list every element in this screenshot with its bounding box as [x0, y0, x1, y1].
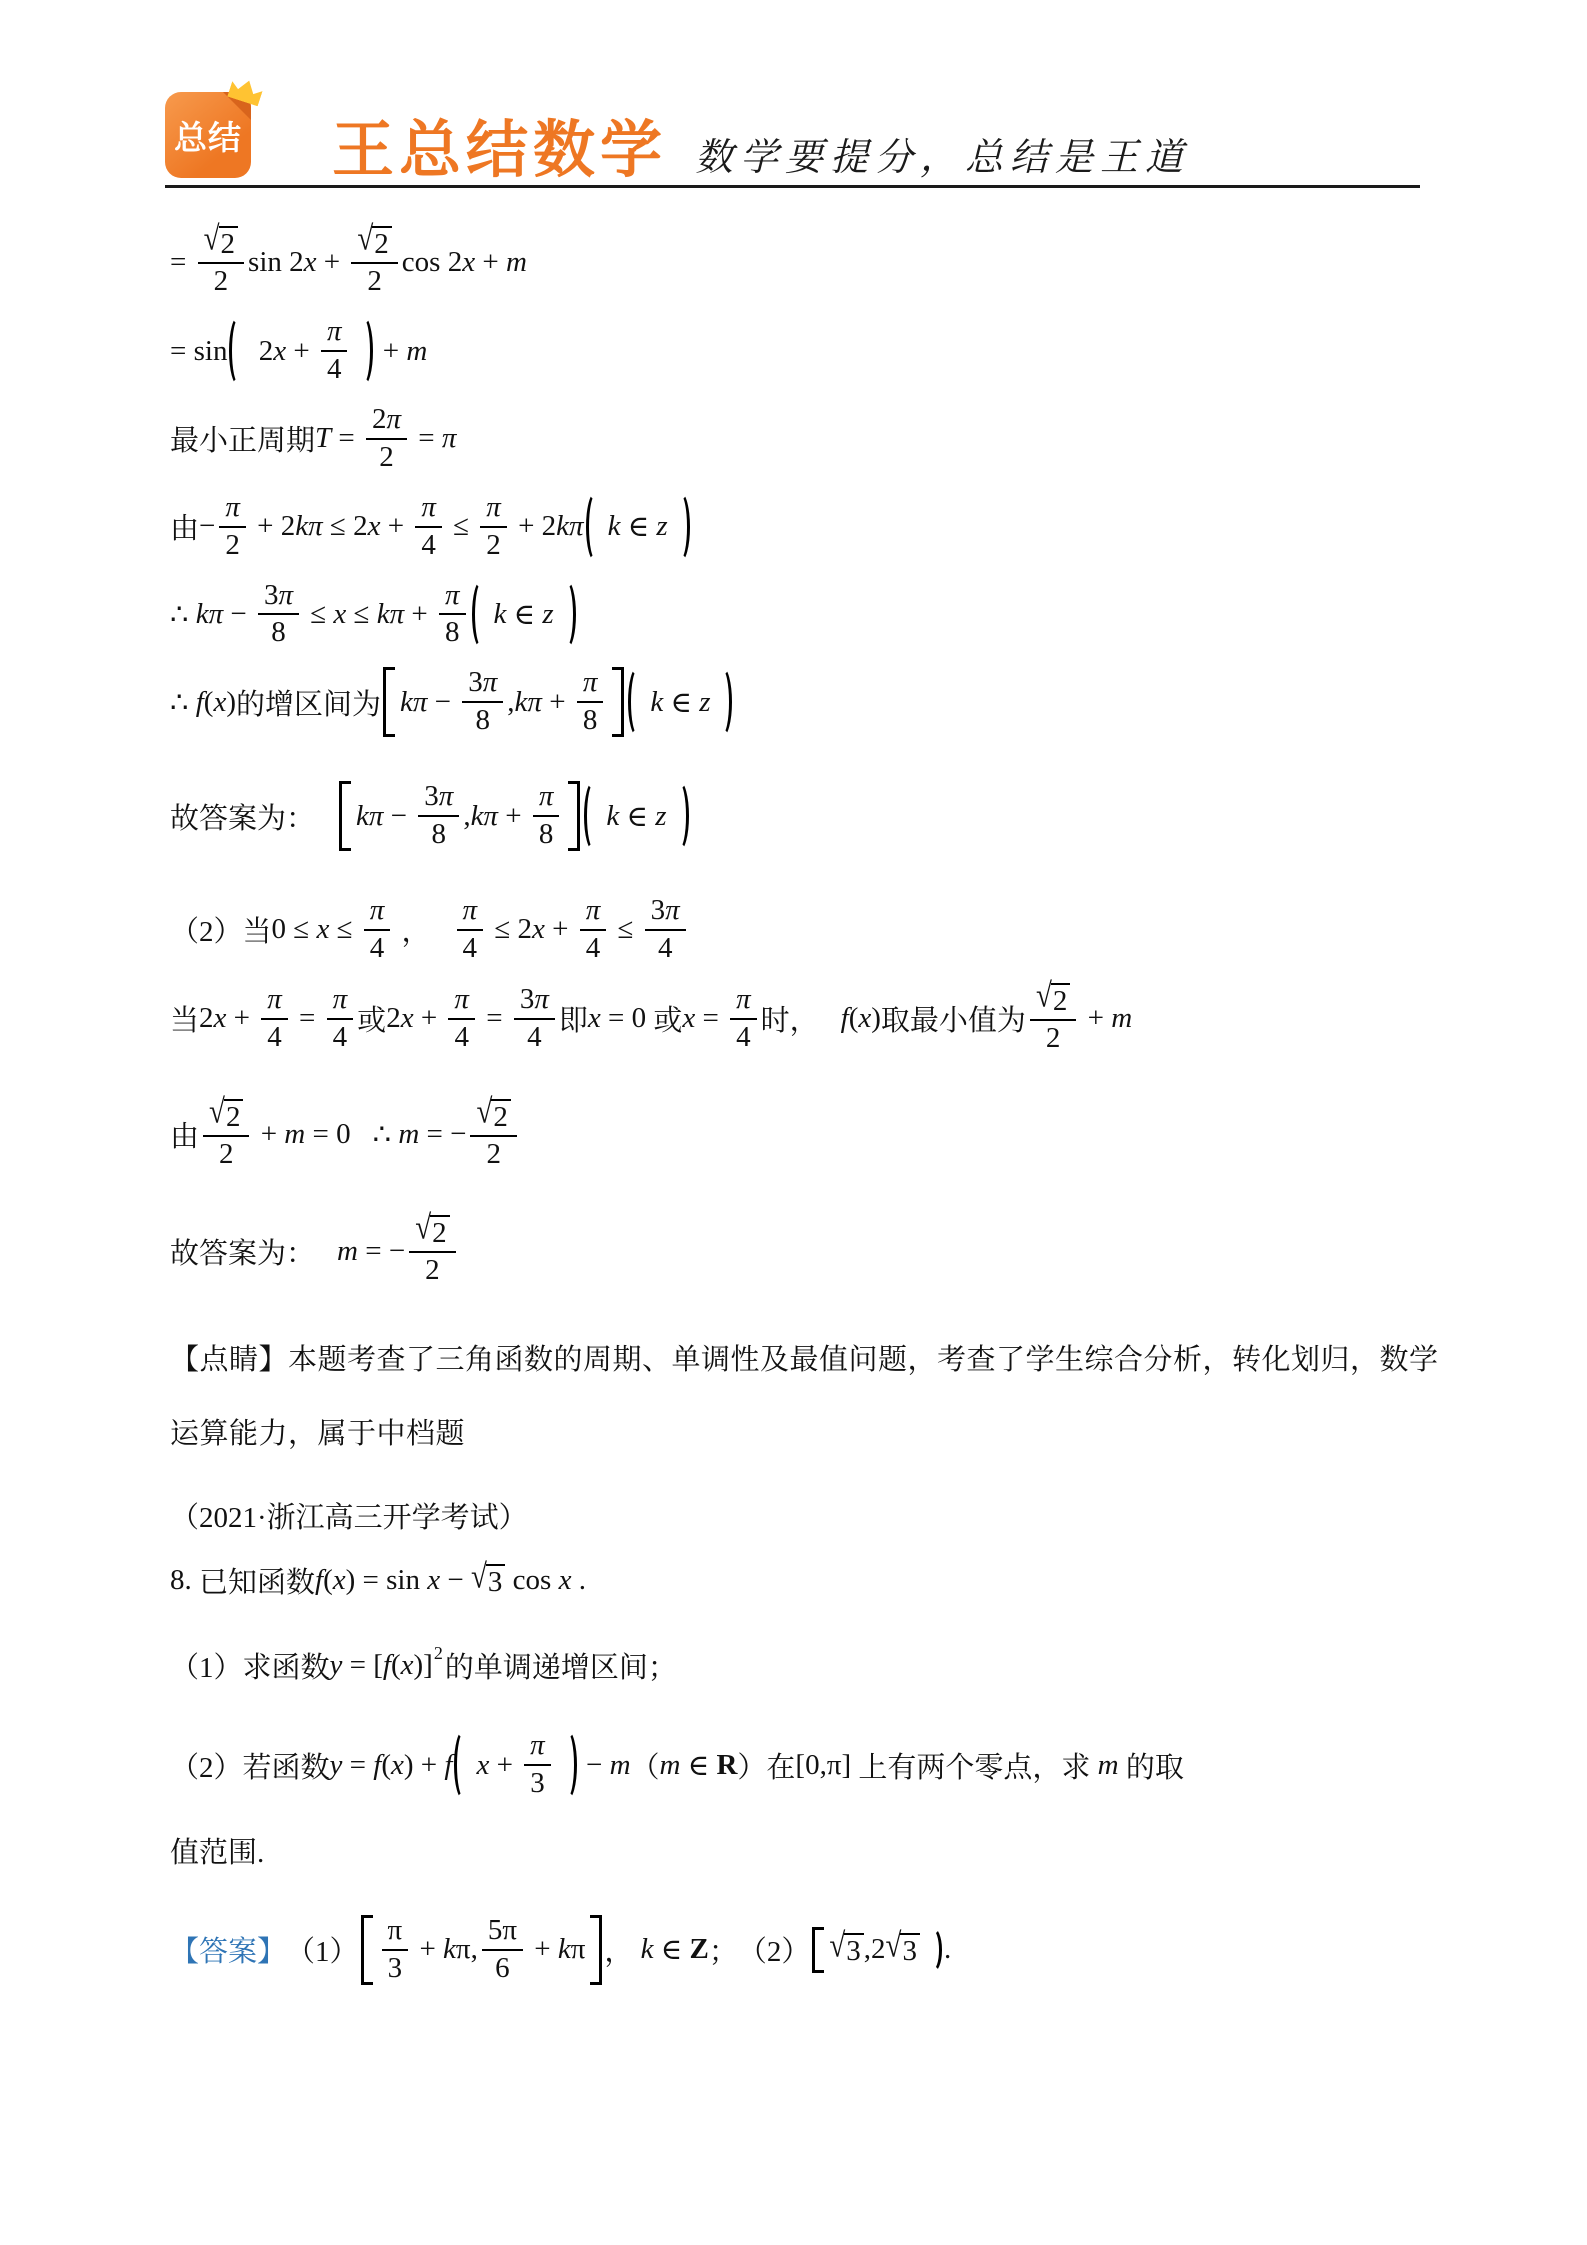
math-variable: k: [558, 1933, 571, 1966]
left-paren-icon: [454, 1730, 473, 1800]
math-text: ∈: [619, 799, 655, 834]
math-variable: m: [406, 335, 427, 368]
math-text: ≤: [346, 598, 376, 631]
math-variable: π: [370, 895, 385, 927]
math-text: +: [412, 1933, 443, 1966]
fraction: π8: [533, 781, 560, 851]
right-bracket-icon: [612, 667, 624, 737]
math-text: ): [871, 1002, 881, 1035]
right-paren-icon: [354, 316, 373, 386]
sqrt: √3: [471, 1564, 505, 1598]
denominator: 2: [486, 1137, 501, 1171]
math-text: +: [414, 1002, 445, 1035]
math-variable: x: [462, 246, 475, 279]
math-text: ≤ 2: [323, 510, 368, 543]
denominator: 2: [219, 1137, 234, 1171]
math-text: −: [427, 686, 458, 719]
math-text: 2: [486, 1139, 501, 1171]
math-variable: x: [588, 1002, 601, 1035]
math-text: 8: [445, 617, 460, 649]
delimiter-group: x + π3: [452, 1730, 578, 1800]
math-variable: m: [284, 1118, 305, 1151]
math-text: 8: [476, 705, 491, 737]
math-bold-set: Z: [689, 1933, 708, 1966]
fraction: √22: [1030, 983, 1076, 1055]
math-text: (: [381, 1749, 391, 1782]
numerator: √2: [351, 226, 397, 264]
math-variable: x: [214, 1002, 227, 1035]
cjk-text: （2）当: [170, 909, 272, 950]
math-text: 4: [527, 1022, 542, 1054]
math-variable: z: [655, 800, 666, 833]
math-text: ,: [463, 800, 470, 833]
fraction: π4: [580, 895, 607, 965]
math-variable: π: [333, 984, 348, 1016]
math-text: ≤: [329, 913, 359, 946]
math-variable: k: [606, 800, 619, 833]
radical-sign-icon: √: [415, 1211, 431, 1246]
math-variable: kπ: [295, 510, 322, 543]
fraction: π4: [730, 984, 757, 1054]
radicand: 3: [900, 1933, 920, 1967]
q8-stem: 8. 已知函数f(x) = sin x − √3 cos x .: [170, 1560, 1457, 1601]
delimiter-group: k ∈ z: [626, 667, 734, 737]
numerator: π: [327, 984, 354, 1020]
eq-x-range: ∴ kπ − 3π8 ≤ x ≤ kπ + π8k ∈ z: [170, 580, 1457, 650]
cjk-text: （1）求函数: [170, 1645, 330, 1686]
document-body: = √22sin 2x + √22cos 2x + m= sin 2x + π4…: [0, 200, 1587, 1985]
math-text: 4: [370, 933, 385, 965]
math-text: = −: [419, 1118, 466, 1151]
header-slogan: 数学要提分，总结是王道: [695, 126, 1190, 181]
radical-sign-icon: √: [476, 1095, 492, 1130]
math-text: ≤: [303, 598, 333, 631]
radical-sign-icon: √: [357, 222, 373, 257]
numerator: π: [480, 492, 507, 528]
numerator: 3π: [418, 781, 459, 817]
fraction: π4: [321, 316, 348, 386]
math-variable: k: [641, 1933, 654, 1966]
math-text: 8: [539, 819, 554, 851]
math-text: 6: [495, 1953, 510, 1985]
math-text: +: [404, 598, 435, 631]
math-text: +: [542, 686, 573, 719]
numerator: π: [533, 781, 560, 817]
radicand: 3: [486, 1564, 506, 1598]
cjk-text: 的增区间为: [236, 682, 381, 723]
denominator: 6: [495, 1951, 510, 1985]
math-text: ；: [709, 1929, 738, 1970]
math-variable: π: [387, 404, 402, 436]
numerator: √2: [1030, 983, 1076, 1021]
math-variable: π: [327, 316, 342, 348]
radicand: 2: [430, 1215, 450, 1249]
math-variable: x: [682, 1002, 695, 1035]
math-variable: kπ: [196, 598, 223, 631]
math-variable: kπ: [471, 800, 498, 833]
sqrt: √2: [415, 1215, 449, 1249]
math-text: 4: [421, 530, 436, 562]
fraction: π2: [219, 492, 246, 562]
eq-period: 最小正周期T = 2π2 = π: [170, 404, 1457, 474]
delimiter-group: π3 + kπ,5π6 + kπ: [359, 1915, 605, 1985]
cjk-text: 时，: [761, 998, 819, 1039]
numerator: 3π: [645, 895, 686, 931]
math-text: 2: [486, 530, 501, 562]
left-bracket-icon: [339, 781, 351, 851]
denominator: 8: [432, 817, 447, 851]
math-text: ∴: [373, 1117, 399, 1152]
numerator: π: [730, 984, 757, 1020]
denominator: 3: [530, 1766, 545, 1800]
math-variable: m: [398, 1118, 419, 1151]
denominator: 2: [379, 440, 394, 474]
math-text: [0,π]: [795, 1749, 858, 1782]
cjk-text: 当: [170, 998, 199, 1039]
cjk-text: 由: [170, 506, 199, 547]
radicand: 3: [844, 1933, 864, 1967]
math-variable: π: [463, 895, 478, 927]
eq-simplified: = sin 2x + π4 + m: [170, 316, 1457, 386]
math-text: +: [226, 1002, 257, 1035]
numerator: π: [261, 984, 288, 1020]
math-text: 4: [658, 933, 673, 965]
math-text: 2: [219, 1139, 234, 1171]
left-paren-icon: [628, 667, 647, 737]
math-text: ,: [507, 686, 514, 719]
numerator: √2: [470, 1099, 516, 1137]
fraction: 3π8: [258, 580, 299, 650]
math-text: .: [944, 1933, 951, 1966]
numerator: π: [524, 1730, 551, 1766]
eq-answer-m: 故答案为：m = −√22: [170, 1215, 1457, 1287]
math-variable: π: [278, 580, 293, 612]
math-text: +: [253, 1118, 284, 1151]
math-text: (: [323, 1564, 333, 1597]
math-text: 3: [388, 1953, 403, 1985]
denominator: 4: [658, 931, 673, 965]
fraction: 3π4: [514, 984, 555, 1054]
page-header: 总结 王总结数学 数学要提分，总结是王道: [0, 0, 1587, 200]
fraction: 3π8: [462, 667, 503, 737]
math-text: (: [849, 1002, 859, 1035]
delimiter-group: kπ − 3π8,kπ + π8: [381, 667, 626, 737]
math-text: ) +: [404, 1749, 445, 1782]
cjk-text: ）在: [737, 1745, 795, 1786]
fraction: √22: [409, 1215, 455, 1287]
left-paren-icon: [472, 580, 491, 650]
math-variable: π: [225, 492, 240, 524]
math-variable: x: [333, 1564, 346, 1597]
cjk-text: （2）若函数: [170, 1745, 330, 1786]
math-variable: T: [315, 422, 331, 455]
math-variable: x: [401, 1002, 414, 1035]
math-text: +: [475, 246, 506, 279]
math-text: π: [388, 1915, 403, 1947]
math-variable: π: [454, 984, 469, 1016]
cjk-text: 上有两个零点，求: [858, 1745, 1090, 1786]
fraction: 2π2: [366, 404, 407, 474]
math-text: −: [383, 800, 414, 833]
fraction: π4: [448, 984, 475, 1054]
sqrt: √2: [204, 226, 238, 260]
right-paren-icon: [670, 781, 689, 851]
math-text: ∈: [680, 1748, 716, 1783]
math-text: +: [498, 800, 529, 833]
fraction: 5π6: [482, 1915, 523, 1985]
math-variable: z: [699, 686, 710, 719]
math-variable: x: [368, 510, 381, 543]
left-bracket-icon: [361, 1915, 373, 1985]
math-text: + 2: [250, 510, 295, 543]
math-variable: π: [530, 1730, 545, 1762]
denominator: 8: [271, 615, 286, 649]
math-text: +: [317, 246, 348, 279]
math-text: −: [199, 510, 215, 543]
denominator: 8: [445, 615, 460, 649]
denominator: 8: [583, 703, 598, 737]
math-text: = 0: [305, 1118, 350, 1151]
math-variable: x: [559, 1564, 572, 1597]
denominator: 2: [486, 528, 501, 562]
radicand: 2: [224, 1099, 244, 1133]
math-text: 2: [386, 1002, 401, 1035]
denominator: 4: [527, 1020, 542, 1054]
math-variable: k: [650, 686, 663, 719]
numerator: π: [457, 895, 484, 931]
math-text: =: [292, 1002, 323, 1035]
radicand: 2: [491, 1099, 511, 1133]
right-paren-icon: [923, 1927, 942, 1972]
math-variable: k: [443, 1933, 456, 1966]
math-variable: kπ: [400, 686, 427, 719]
numerator: 2π: [366, 404, 407, 440]
radical-sign-icon: √: [1036, 979, 1052, 1014]
math-variable: f: [315, 1564, 323, 1597]
math-variable: π: [534, 984, 549, 1016]
math-variable: x: [476, 1749, 489, 1782]
numerator: 3π: [258, 580, 299, 616]
math-variable: f: [841, 1002, 849, 1035]
left-paren-icon: [229, 316, 248, 386]
math-variable: x: [391, 1749, 404, 1782]
numerator: π: [577, 667, 604, 703]
numerator: √2: [409, 1215, 455, 1253]
math-text: 2: [425, 1255, 440, 1287]
denominator: 2: [214, 264, 229, 298]
fraction: π4: [415, 492, 442, 562]
math-variable: kπ: [556, 510, 583, 543]
math-text: +: [489, 1749, 520, 1782]
eq-answer-interval: 故答案为：kπ − 3π8,kπ + π8k ∈ z: [170, 781, 1457, 851]
math-text: ∈: [506, 597, 542, 632]
math-variable: kπ: [356, 800, 383, 833]
math-text: =: [695, 1002, 726, 1035]
right-paren-icon: [557, 580, 576, 650]
cjk-text: 或: [653, 998, 682, 1039]
math-text: π,: [456, 1933, 478, 1966]
math-text: ∴: [170, 597, 196, 632]
math-text: 4: [463, 933, 478, 965]
math-text: (: [391, 1649, 401, 1682]
eq-part2-domain: （2）当0 ≤ x ≤ π4 ，π4 ≤ 2x + π4 ≤ 3π4: [170, 895, 1457, 965]
numerator: π: [382, 1915, 409, 1951]
math-text: +: [375, 335, 406, 368]
fraction: √22: [198, 226, 244, 298]
math-text: +: [1080, 1002, 1111, 1035]
math-text: 4: [736, 1022, 751, 1054]
radical-sign-icon: √: [471, 1560, 487, 1595]
fraction: √22: [470, 1099, 516, 1171]
denominator: 2: [1046, 1021, 1061, 1055]
math-variable: x: [427, 1564, 440, 1597]
math-text: 2: [214, 266, 229, 298]
math-variable: x: [304, 246, 317, 279]
left-bracket-icon: [812, 1927, 824, 1972]
radical-sign-icon: √: [209, 1095, 225, 1130]
math-text: 3: [530, 1768, 545, 1800]
numerator: √2: [203, 1099, 249, 1137]
math-text: 4: [327, 354, 342, 386]
sqrt: √2: [476, 1099, 510, 1133]
math-text: π: [571, 1933, 586, 1966]
cjk-text: 即: [559, 998, 588, 1039]
numerator: π: [321, 316, 348, 352]
math-variable: f: [383, 1649, 391, 1682]
left-bracket-icon: [383, 667, 395, 737]
math-text: 5π: [488, 1915, 517, 1947]
fraction: 3π4: [645, 895, 686, 965]
math-text: ) = sin: [346, 1564, 428, 1597]
math-variable: x: [532, 913, 545, 946]
numerator: π: [580, 895, 607, 931]
radical-sign-icon: √: [204, 222, 220, 257]
denominator: 4: [370, 931, 385, 965]
denominator: 3: [388, 1951, 403, 1985]
math-text: +: [286, 335, 317, 368]
math-variable: π: [421, 492, 436, 524]
eq-part2-min: 当2x + π4 = π4或2x + π4 = 3π4即x = 0 或x = π…: [170, 983, 1457, 1055]
math-variable: π: [483, 667, 498, 699]
numerator: π: [219, 492, 246, 528]
brand-badge-text: 总结: [174, 112, 242, 159]
dianjing-note: 【点睛】本题考查了三角函数的周期、单调性及最值问题，考查了学生综合分析，转化划归…: [170, 1323, 1457, 1471]
right-paren-icon: [558, 1730, 577, 1800]
math-variable: π: [539, 781, 554, 813]
math-variable: f: [444, 1749, 452, 1782]
math-text: 2: [251, 335, 273, 368]
numerator: 3π: [462, 667, 503, 703]
math-text: 3: [468, 667, 483, 699]
cjk-text: 已知函数: [199, 1560, 315, 1601]
delimiter-group: 2x + π4: [227, 316, 375, 386]
fraction: π3: [524, 1730, 551, 1800]
numerator: 3π: [514, 984, 555, 1020]
math-text: ): [226, 686, 236, 719]
cjk-text: 或: [357, 998, 386, 1039]
math-variable: x: [858, 1002, 871, 1035]
math-text: +: [527, 1933, 558, 1966]
math-text: 2: [379, 442, 394, 474]
math-variable: kπ: [377, 598, 404, 631]
math-variable: π: [442, 422, 457, 455]
fraction: √22: [351, 226, 397, 298]
math-variable: x: [273, 335, 286, 368]
fraction: π8: [577, 667, 604, 737]
right-bracket-icon: [590, 1915, 602, 1985]
math-variable: y: [330, 1649, 343, 1682]
denominator: 8: [476, 703, 491, 737]
math-variable: π: [586, 895, 601, 927]
math-text: =: [479, 1002, 510, 1035]
math-text: 3: [424, 781, 439, 813]
fraction: π8: [439, 580, 466, 650]
cjk-text: （1）: [286, 1929, 359, 1970]
math-text: .: [571, 1564, 586, 1597]
math-variable: z: [542, 598, 553, 631]
brand-title: 王总结数学: [332, 100, 667, 189]
cjk-text: 故答案为：: [170, 1231, 315, 1272]
denominator: 2: [425, 1253, 440, 1287]
math-text: =: [170, 246, 194, 279]
math-text: 3: [520, 984, 535, 1016]
math-text: = 0: [601, 1002, 654, 1035]
math-text: 4: [333, 1022, 348, 1054]
math-text: −: [579, 1749, 610, 1782]
brand-logo-badge: 总结: [165, 92, 251, 178]
radicand: 2: [219, 226, 239, 260]
q8-answer: 【答案】（1）π3 + kπ,5π6 + kπ， k ∈ Z；（2）√3,2√3…: [170, 1915, 1457, 1985]
eq-inequality: 由−π2 + 2kπ ≤ 2x + π4 ≤ π2 + 2kπk ∈ z: [170, 492, 1457, 562]
fraction: π4: [364, 895, 391, 965]
document-page: 总结 王总结数学 数学要提分，总结是王道 = √22sin 2x + √22co…: [0, 0, 1587, 2245]
delimiter-group: √3,2√3: [810, 1927, 944, 1972]
math-text: 8: [271, 617, 286, 649]
denominator: 4: [327, 352, 342, 386]
cjk-text: 最小正周期: [170, 418, 315, 459]
fraction: 3π8: [418, 781, 459, 851]
math-text: ∈: [663, 685, 699, 720]
math-variable: π: [439, 781, 454, 813]
math-text: cos: [505, 1564, 558, 1597]
denominator: 8: [539, 817, 554, 851]
math-text: )]: [414, 1649, 433, 1682]
right-paren-icon: [713, 667, 732, 737]
math-text: 2: [372, 404, 387, 436]
denominator: 4: [267, 1020, 282, 1054]
denominator: 4: [736, 1020, 751, 1054]
math-text: 2: [367, 266, 382, 298]
superscript: 2: [434, 1643, 443, 1664]
math-variable: π: [486, 492, 501, 524]
math-text: = sin: [170, 335, 227, 368]
radicand: 2: [372, 226, 392, 260]
math-text: + 2: [511, 510, 556, 543]
numerator: π: [415, 492, 442, 528]
delimiter-group: k ∈ z: [470, 580, 578, 650]
math-variable: k: [494, 598, 507, 631]
math-text: ,2: [864, 1933, 886, 1966]
cjk-text: 取最小值为: [881, 998, 1026, 1039]
math-text: −: [440, 1564, 471, 1597]
math-text: 4: [267, 1022, 282, 1054]
denominator: 4: [421, 528, 436, 562]
math-text: ≤: [610, 913, 640, 946]
math-text: 4: [586, 933, 601, 965]
denominator: 4: [463, 931, 478, 965]
radicand: 2: [1051, 983, 1071, 1017]
math-text: 2: [225, 530, 240, 562]
